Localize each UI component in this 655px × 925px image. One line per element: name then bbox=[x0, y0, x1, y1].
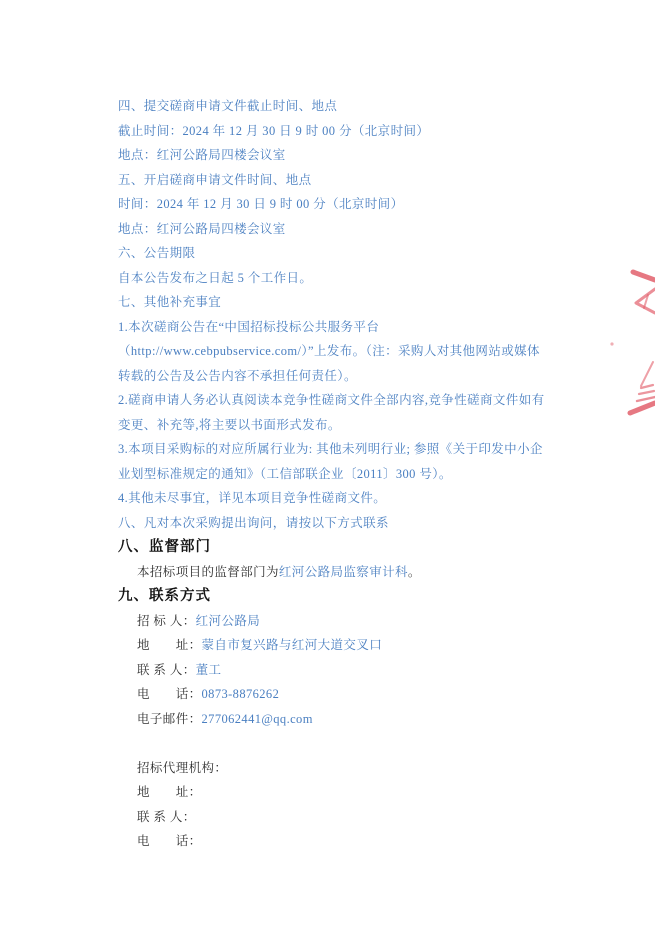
agency-row-title: 招标代理机构： bbox=[118, 756, 550, 781]
note-2: 2.磋商申请人务必认真阅读本竞争性磋商文件全部内容,竞争性磋商文件如有变更、补充… bbox=[118, 388, 550, 437]
contact-row-address: 地 址：蒙自市复兴路与红河大道交叉口 bbox=[118, 633, 550, 658]
red-ink-signature-mark bbox=[607, 262, 655, 422]
contact-row-bidder: 招 标 人：红河公路局 bbox=[118, 609, 550, 634]
scanned-announcement-page: 四、提交磋商申请文件截止时间、地点 截止时间：2024 年 12 月 30 日 … bbox=[0, 0, 655, 925]
contact-person-label: 联 系 人： bbox=[137, 663, 196, 677]
phone-value: 0873-8876262 bbox=[202, 687, 280, 701]
agency-phone-label: 电 话： bbox=[137, 834, 202, 848]
deadline-place-line: 地点：红河公路局四楼会议室 bbox=[118, 143, 550, 168]
note-3: 3.本项目采购标的对应所属行业为: 其他未列明行业; 参照《关于印发中小企业划型… bbox=[118, 437, 550, 486]
contact-section-heading: 九、联系方式 bbox=[118, 584, 550, 609]
section-7-heading: 七、其他补充事宜 bbox=[118, 290, 550, 315]
supervision-line: 本招标项目的监督部门为红河公路局监察审计科。 bbox=[118, 560, 550, 585]
supervision-suffix: 。 bbox=[408, 565, 421, 579]
opening-time-line: 时间：2024 年 12 月 30 日 9 时 00 分（北京时间） bbox=[118, 192, 550, 217]
note-4: 4.其他未尽事宜，详见本项目竞争性磋商文件。 bbox=[118, 486, 550, 511]
agency-row-person: 联 系 人： bbox=[118, 805, 550, 830]
agency-title-label: 招标代理机构： bbox=[137, 761, 227, 775]
supervision-section-heading: 八、监督部门 bbox=[118, 535, 550, 560]
deadline-time-line: 截止时间：2024 年 12 月 30 日 9 时 00 分（北京时间） bbox=[118, 119, 550, 144]
bidder-label: 招 标 人： bbox=[137, 614, 196, 628]
bidder-value: 红河公路局 bbox=[196, 614, 261, 628]
agency-row-address: 地 址： bbox=[118, 780, 550, 805]
contact-person-value: 董工 bbox=[196, 663, 222, 677]
address-label: 地 址： bbox=[137, 638, 202, 652]
address-value: 蒙自市复兴路与红河大道交叉口 bbox=[202, 638, 383, 652]
phone-label: 电 话： bbox=[137, 687, 202, 701]
agency-block: 招标代理机构： 地 址： 联 系 人： 电 话： bbox=[118, 756, 550, 854]
section-4-heading: 四、提交磋商申请文件截止时间、地点 bbox=[118, 94, 550, 119]
agency-row-phone: 电 话： bbox=[118, 829, 550, 854]
supervision-department: 红河公路局监察审计科 bbox=[279, 565, 408, 579]
opening-place-line: 地点：红河公路局四楼会议室 bbox=[118, 217, 550, 242]
section-5-heading: 五、开启磋商申请文件时间、地点 bbox=[118, 168, 550, 193]
inquiry-contact-line: 八、凡对本次采购提出询问，请按以下方式联系 bbox=[118, 511, 550, 536]
contact-row-phone: 电 话：0873-8876262 bbox=[118, 682, 550, 707]
announcement-body: 四、提交磋商申请文件截止时间、地点 截止时间：2024 年 12 月 30 日 … bbox=[118, 94, 550, 854]
email-value: 277062441@qq.com bbox=[202, 712, 313, 726]
agency-address-label: 地 址： bbox=[137, 785, 202, 799]
contact-row-email: 电子邮件：277062441@qq.com bbox=[118, 707, 550, 732]
section-6-heading: 六、公告期限 bbox=[118, 241, 550, 266]
email-label: 电子邮件： bbox=[137, 712, 202, 726]
note-1: 1.本次磋商公告在“中国招标投标公共服务平台（http://www.cebpub… bbox=[118, 315, 550, 389]
supervision-prefix: 本招标项目的监督部门为 bbox=[137, 565, 279, 579]
agency-contact-label: 联 系 人： bbox=[137, 810, 196, 824]
contact-row-person: 联 系 人：董工 bbox=[118, 658, 550, 683]
announcement-period-line: 自本公告发布之日起 5 个工作日。 bbox=[118, 266, 550, 291]
